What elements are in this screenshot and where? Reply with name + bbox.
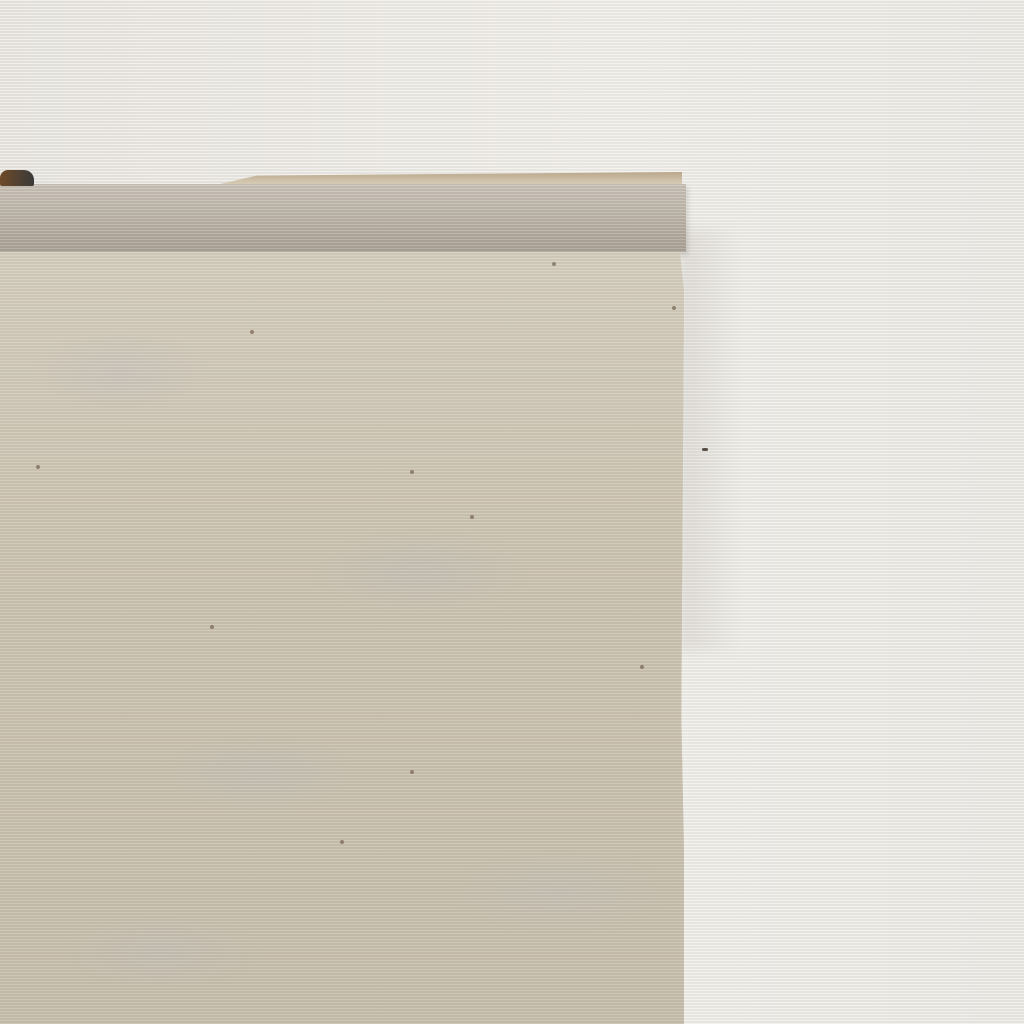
- speck: [210, 625, 214, 629]
- wall-mark: [702, 448, 708, 451]
- speck: [672, 306, 676, 310]
- speck: [250, 330, 254, 334]
- speck: [36, 465, 40, 469]
- speck: [640, 665, 644, 669]
- speck: [410, 770, 414, 774]
- scroll-fabric-panel: [0, 252, 684, 1024]
- scroll-shadow: [680, 230, 740, 650]
- speck: [410, 470, 414, 474]
- speck: [340, 840, 344, 844]
- scroll-top-rod: [0, 184, 686, 252]
- speck: [470, 515, 474, 519]
- speck: [552, 262, 556, 266]
- hanging-hook: [0, 170, 34, 186]
